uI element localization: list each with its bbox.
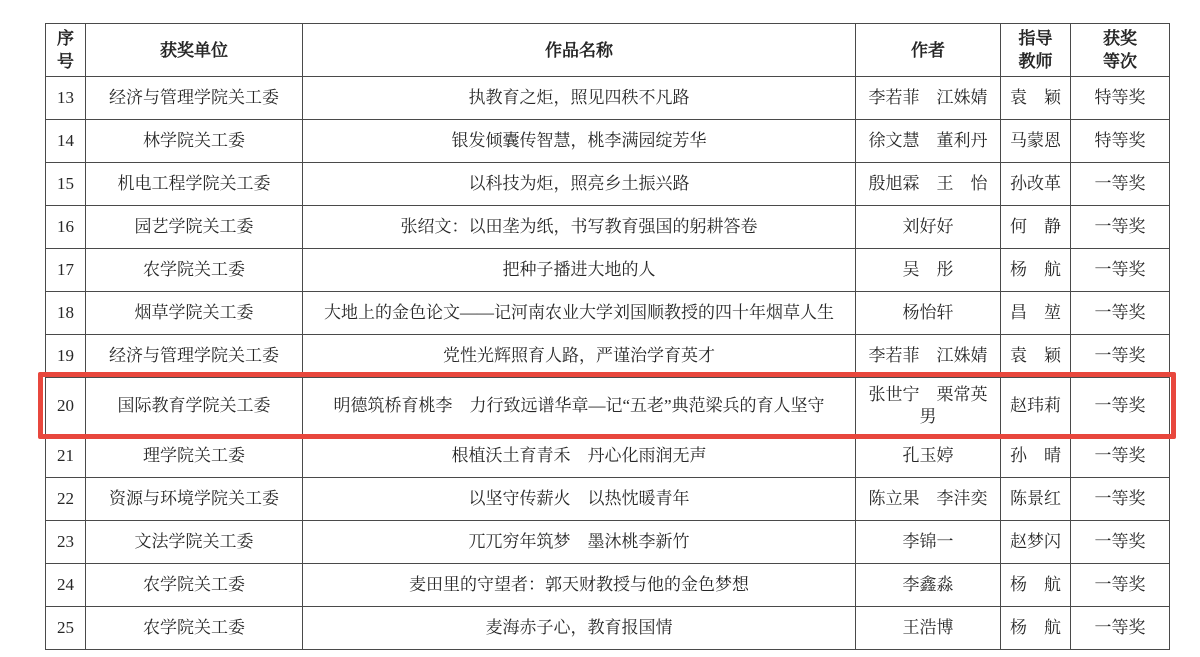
cell-work-title: 根植沃土育青禾 丹心化雨润无声 bbox=[303, 435, 856, 478]
document-page: 序 号 获奖单位 作品名称 作者 指导 教师 获奖 等次 13 经济与管理学院关… bbox=[0, 0, 1200, 657]
table-row: 25 农学院关工委 麦海赤子心，教育报国情 王浩博 杨 航 一等奖 bbox=[46, 607, 1170, 650]
cell-awarded-unit: 文法学院关工委 bbox=[86, 521, 303, 564]
cell-award-level: 一等奖 bbox=[1071, 249, 1170, 292]
cell-serial-number: 14 bbox=[46, 120, 86, 163]
cell-awarded-unit: 资源与环境学院关工委 bbox=[86, 478, 303, 521]
cell-award-level: 一等奖 bbox=[1071, 163, 1170, 206]
cell-advisor: 陈景红 bbox=[1001, 478, 1071, 521]
header-awarded-unit: 获奖单位 bbox=[86, 24, 303, 77]
cell-advisor: 赵玮莉 bbox=[1001, 378, 1071, 435]
cell-advisor: 杨 航 bbox=[1001, 564, 1071, 607]
cell-advisor: 杨 航 bbox=[1001, 249, 1071, 292]
award-table-container: 序 号 获奖单位 作品名称 作者 指导 教师 获奖 等次 13 经济与管理学院关… bbox=[45, 23, 1169, 650]
cell-work-title: 明德筑桥育桃李 力行致远谱华章—记“五老”典范梁兵的育人坚守 bbox=[303, 378, 856, 435]
cell-serial-number: 21 bbox=[46, 435, 86, 478]
table-row: 21 理学院关工委 根植沃土育青禾 丹心化雨润无声 孔玉婷 孙 晴 一等奖 bbox=[46, 435, 1170, 478]
table-row: 23 文法学院关工委 兀兀穷年筑梦 墨沐桃李新竹 李锦一 赵梦闪 一等奖 bbox=[46, 521, 1170, 564]
cell-authors: 徐文慧 董利丹 bbox=[856, 120, 1001, 163]
cell-serial-number: 22 bbox=[46, 478, 86, 521]
table-row: 17 农学院关工委 把种子播进大地的人 吴 彤 杨 航 一等奖 bbox=[46, 249, 1170, 292]
cell-serial-number: 20 bbox=[46, 378, 86, 435]
cell-awarded-unit: 烟草学院关工委 bbox=[86, 292, 303, 335]
cell-authors: 李若菲 江姝婧 bbox=[856, 335, 1001, 378]
cell-awarded-unit: 经济与管理学院关工委 bbox=[86, 335, 303, 378]
cell-authors: 孔玉婷 bbox=[856, 435, 1001, 478]
cell-advisor: 何 静 bbox=[1001, 206, 1071, 249]
cell-work-title: 麦田里的守望者：郭天财教授与他的金色梦想 bbox=[303, 564, 856, 607]
cell-advisor: 袁 颖 bbox=[1001, 77, 1071, 120]
cell-work-title: 党性光辉照育人路，严谨治学育英才 bbox=[303, 335, 856, 378]
cell-award-level: 一等奖 bbox=[1071, 435, 1170, 478]
table-row: 19 经济与管理学院关工委 党性光辉照育人路，严谨治学育英才 李若菲 江姝婧 袁… bbox=[46, 335, 1170, 378]
cell-work-title: 以科技为炬，照亮乡土振兴路 bbox=[303, 163, 856, 206]
cell-work-title: 把种子播进大地的人 bbox=[303, 249, 856, 292]
cell-advisor: 马蒙恩 bbox=[1001, 120, 1071, 163]
cell-advisor: 赵梦闪 bbox=[1001, 521, 1071, 564]
table-row: 16 园艺学院关工委 张绍文：以田垄为纸，书写教育强国的躬耕答卷 刘好好 何 静… bbox=[46, 206, 1170, 249]
cell-award-level: 特等奖 bbox=[1071, 120, 1170, 163]
cell-award-level: 一等奖 bbox=[1071, 206, 1170, 249]
cell-authors: 吴 彤 bbox=[856, 249, 1001, 292]
cell-advisor: 袁 颖 bbox=[1001, 335, 1071, 378]
table-row: 20 国际教育学院关工委 明德筑桥育桃李 力行致远谱华章—记“五老”典范梁兵的育… bbox=[46, 378, 1170, 435]
cell-serial-number: 17 bbox=[46, 249, 86, 292]
cell-awarded-unit: 农学院关工委 bbox=[86, 564, 303, 607]
cell-authors: 王浩博 bbox=[856, 607, 1001, 650]
cell-advisor: 杨 航 bbox=[1001, 607, 1071, 650]
cell-serial-number: 15 bbox=[46, 163, 86, 206]
cell-authors: 李鑫淼 bbox=[856, 564, 1001, 607]
cell-award-level: 一等奖 bbox=[1071, 335, 1170, 378]
table-row: 22 资源与环境学院关工委 以坚守传薪火 以热忱暖青年 陈立果 李沣奕 陈景红 … bbox=[46, 478, 1170, 521]
header-authors: 作者 bbox=[856, 24, 1001, 77]
table-row: 14 林学院关工委 银发倾囊传智慧，桃李满园绽芳华 徐文慧 董利丹 马蒙恩 特等… bbox=[46, 120, 1170, 163]
cell-awarded-unit: 园艺学院关工委 bbox=[86, 206, 303, 249]
cell-awarded-unit: 林学院关工委 bbox=[86, 120, 303, 163]
cell-authors: 刘好好 bbox=[856, 206, 1001, 249]
cell-award-level: 特等奖 bbox=[1071, 77, 1170, 120]
cell-serial-number: 13 bbox=[46, 77, 86, 120]
cell-advisor: 昌 堃 bbox=[1001, 292, 1071, 335]
cell-advisor: 孙 晴 bbox=[1001, 435, 1071, 478]
cell-advisor: 孙改革 bbox=[1001, 163, 1071, 206]
cell-award-level: 一等奖 bbox=[1071, 378, 1170, 435]
cell-authors: 陈立果 李沣奕 bbox=[856, 478, 1001, 521]
table-row: 18 烟草学院关工委 大地上的金色论文——记河南农业大学刘国顺教授的四十年烟草人… bbox=[46, 292, 1170, 335]
cell-authors: 殷旭霖 王 怡 bbox=[856, 163, 1001, 206]
cell-serial-number: 16 bbox=[46, 206, 86, 249]
table-row: 24 农学院关工委 麦田里的守望者：郭天财教授与他的金色梦想 李鑫淼 杨 航 一… bbox=[46, 564, 1170, 607]
cell-work-title: 大地上的金色论文——记河南农业大学刘国顺教授的四十年烟草人生 bbox=[303, 292, 856, 335]
header-award-level: 获奖 等次 bbox=[1071, 24, 1170, 77]
cell-work-title: 麦海赤子心，教育报国情 bbox=[303, 607, 856, 650]
header-advisor: 指导 教师 bbox=[1001, 24, 1071, 77]
cell-serial-number: 24 bbox=[46, 564, 86, 607]
cell-work-title: 银发倾囊传智慧，桃李满园绽芳华 bbox=[303, 120, 856, 163]
cell-authors: 张世宁 栗常英男 bbox=[856, 378, 1001, 435]
cell-award-level: 一等奖 bbox=[1071, 292, 1170, 335]
cell-work-title: 执教育之炬，照见四秩不凡路 bbox=[303, 77, 856, 120]
cell-authors: 李锦一 bbox=[856, 521, 1001, 564]
cell-work-title: 张绍文：以田垄为纸，书写教育强国的躬耕答卷 bbox=[303, 206, 856, 249]
award-table: 序 号 获奖单位 作品名称 作者 指导 教师 获奖 等次 13 经济与管理学院关… bbox=[45, 23, 1170, 650]
cell-awarded-unit: 农学院关工委 bbox=[86, 607, 303, 650]
cell-authors: 李若菲 江姝婧 bbox=[856, 77, 1001, 120]
cell-award-level: 一等奖 bbox=[1071, 478, 1170, 521]
header-serial-number: 序 号 bbox=[46, 24, 86, 77]
cell-authors: 杨怡轩 bbox=[856, 292, 1001, 335]
cell-awarded-unit: 农学院关工委 bbox=[86, 249, 303, 292]
cell-awarded-unit: 经济与管理学院关工委 bbox=[86, 77, 303, 120]
cell-serial-number: 18 bbox=[46, 292, 86, 335]
table-row: 13 经济与管理学院关工委 执教育之炬，照见四秩不凡路 李若菲 江姝婧 袁 颖 … bbox=[46, 77, 1170, 120]
cell-award-level: 一等奖 bbox=[1071, 607, 1170, 650]
cell-serial-number: 25 bbox=[46, 607, 86, 650]
cell-award-level: 一等奖 bbox=[1071, 521, 1170, 564]
cell-work-title: 兀兀穷年筑梦 墨沐桃李新竹 bbox=[303, 521, 856, 564]
cell-award-level: 一等奖 bbox=[1071, 564, 1170, 607]
cell-awarded-unit: 国际教育学院关工委 bbox=[86, 378, 303, 435]
cell-awarded-unit: 理学院关工委 bbox=[86, 435, 303, 478]
header-work-title: 作品名称 bbox=[303, 24, 856, 77]
table-body: 13 经济与管理学院关工委 执教育之炬，照见四秩不凡路 李若菲 江姝婧 袁 颖 … bbox=[46, 77, 1170, 650]
cell-work-title: 以坚守传薪火 以热忱暖青年 bbox=[303, 478, 856, 521]
table-header: 序 号 获奖单位 作品名称 作者 指导 教师 获奖 等次 bbox=[46, 24, 1170, 77]
cell-serial-number: 19 bbox=[46, 335, 86, 378]
table-row: 15 机电工程学院关工委 以科技为炬，照亮乡土振兴路 殷旭霖 王 怡 孙改革 一… bbox=[46, 163, 1170, 206]
header-row: 序 号 获奖单位 作品名称 作者 指导 教师 获奖 等次 bbox=[46, 24, 1170, 77]
cell-awarded-unit: 机电工程学院关工委 bbox=[86, 163, 303, 206]
cell-serial-number: 23 bbox=[46, 521, 86, 564]
